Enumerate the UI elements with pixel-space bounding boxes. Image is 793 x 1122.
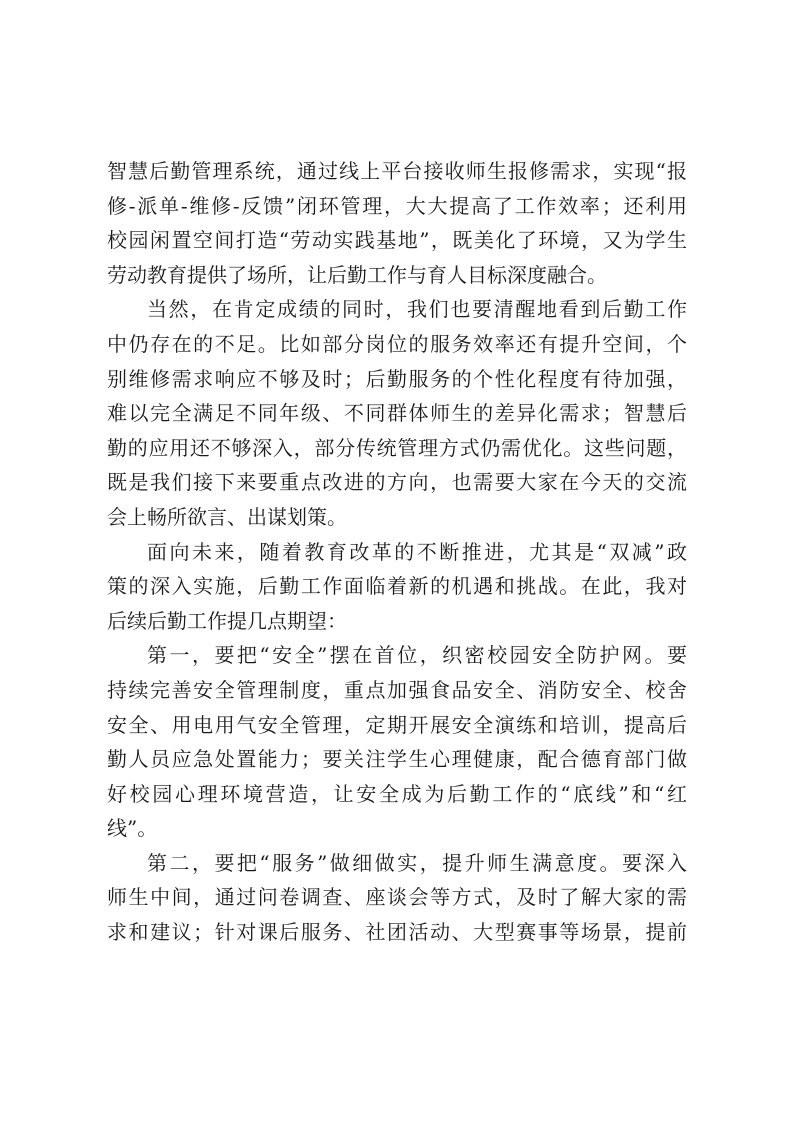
text-line: 安全、用电用气安全管理，定期开展安全演练和培训，提高后 — [107, 708, 687, 743]
text-line: 当然，在肯定成绩的同时，我们也要清醒地看到后勤工作 — [107, 292, 687, 327]
paragraph-2: 当然，在肯定成绩的同时，我们也要清醒地看到后勤工作 中仍存在的不足。比如部分岗位… — [107, 292, 687, 534]
text-line: 会上畅所欲言、出谋划策。 — [107, 500, 687, 535]
text-line: 策的深入实施，后勤工作面临着新的机遇和挑战。在此，我对 — [107, 569, 687, 604]
document-page: 智慧后勤管理系统，通过线上平台接收师生报修需求，实现“报 修-派单-维修-反馈”… — [0, 0, 793, 1122]
text-line: 后续后勤工作提几点期望： — [107, 604, 687, 639]
text-line: 线”。 — [107, 811, 687, 846]
text-line: 难以完全满足不同年级、不同群体师生的差异化需求；智慧后 — [107, 396, 687, 431]
text-line: 劳动教育提供了场所，让后勤工作与育人目标深度融合。 — [107, 258, 687, 293]
paragraph-4: 第一，要把“安全”摆在首位，织密校园安全防护网。要 持续完善安全管理制度，重点加… — [107, 638, 687, 846]
text-line: 修-派单-维修-反馈”闭环管理，大大提高了工作效率；还利用 — [107, 189, 687, 224]
text-line: 第一，要把“安全”摆在首位，织密校园安全防护网。要 — [107, 638, 687, 673]
document-body: 智慧后勤管理系统，通过线上平台接收师生报修需求，实现“报 修-派单-维修-反馈”… — [107, 154, 687, 950]
text-line: 别维修需求响应不够及时；后勤服务的个性化程度有待加强， — [107, 362, 687, 397]
text-line: 师生中间，通过问卷调查、座谈会等方式，及时了解大家的需 — [107, 880, 687, 915]
text-line: 中仍存在的不足。比如部分岗位的服务效率还有提升空间，个 — [107, 327, 687, 362]
text-line: 求和建议；针对课后服务、社团活动、大型赛事等场景，提前 — [107, 915, 687, 950]
paragraph-1: 智慧后勤管理系统，通过线上平台接收师生报修需求，实现“报 修-派单-维修-反馈”… — [107, 154, 687, 292]
text-line: 持续完善安全管理制度，重点加强食品安全、消防安全、校舍 — [107, 673, 687, 708]
text-line: 校园闲置空间打造“劳动实践基地”，既美化了环境，又为学生 — [107, 223, 687, 258]
text-line: 既是我们接下来要重点改进的方向，也需要大家在今天的交流 — [107, 465, 687, 500]
text-line: 勤人员应急处置能力；要关注学生心理健康，配合德育部门做 — [107, 742, 687, 777]
text-line: 面向未来，随着教育改革的不断推进，尤其是“双减”政 — [107, 535, 687, 570]
paragraph-5: 第二，要把“服务”做细做实，提升师生满意度。要深入 师生中间，通过问卷调查、座谈… — [107, 846, 687, 950]
text-line: 好校园心理环境营造，让安全成为后勤工作的“底线”和“红 — [107, 777, 687, 812]
text-line: 智慧后勤管理系统，通过线上平台接收师生报修需求，实现“报 — [107, 154, 687, 189]
text-line: 第二，要把“服务”做细做实，提升师生满意度。要深入 — [107, 846, 687, 881]
paragraph-3: 面向未来，随着教育改革的不断推进，尤其是“双减”政 策的深入实施，后勤工作面临着… — [107, 535, 687, 639]
text-line: 勤的应用还不够深入，部分传统管理方式仍需优化。这些问题， — [107, 431, 687, 466]
